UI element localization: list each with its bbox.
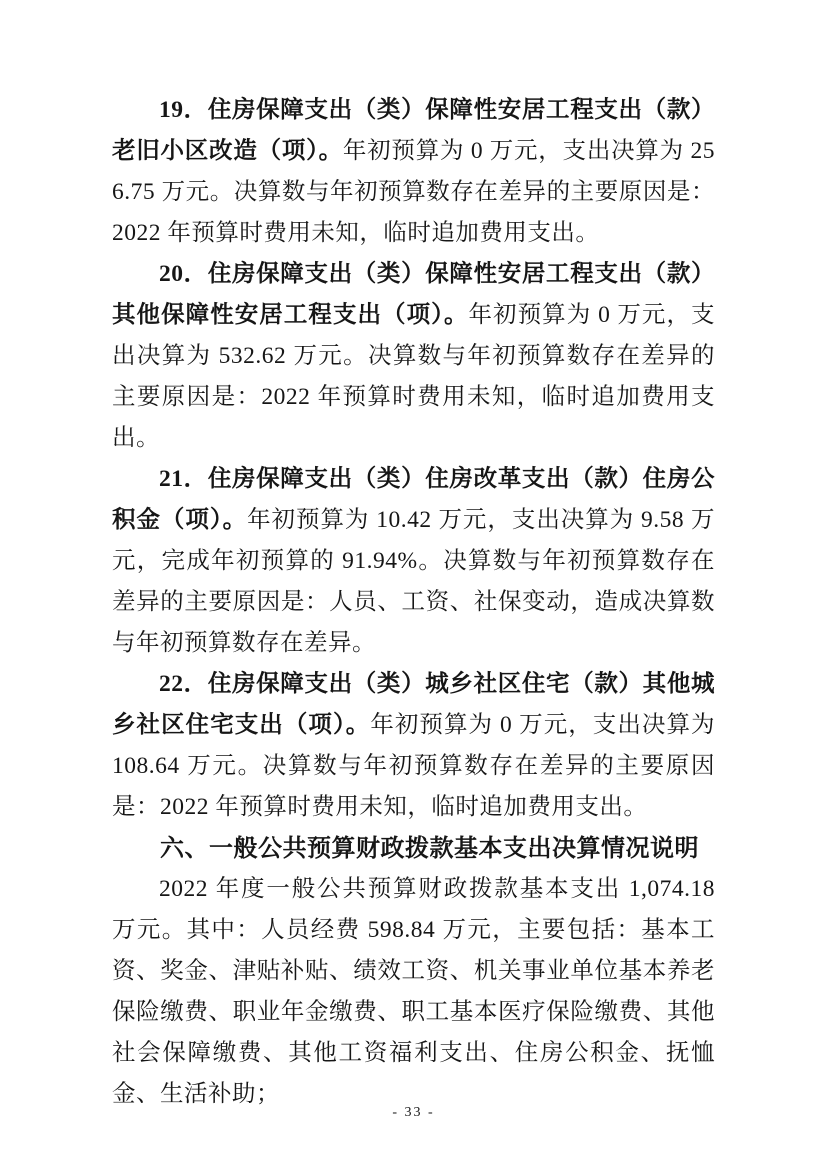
section-six-heading: 六、一般公共预算财政拨款基本支出决算情况说明 [112,828,715,869]
paragraph-19: 19．住房保障支出（类）保障性安居工程支出（款）老旧小区改造（项）。年初预算为 … [112,90,715,254]
section-six-body-text: 2022 年度一般公共预算财政拨款基本支出 1,074.18 万元。其中：人员经… [112,876,715,1107]
page-content: 19．住房保障支出（类）保障性安居工程支出（款）老旧小区改造（项）。年初预算为 … [112,90,715,1115]
section-six-body: 2022 年度一般公共预算财政拨款基本支出 1,074.18 万元。其中：人员经… [112,869,715,1115]
paragraph-22: 22．住房保障支出（类）城乡社区住宅（款）其他城乡社区住宅支出（项）。年初预算为… [112,664,715,828]
document-page: 19．住房保障支出（类）保障性安居工程支出（款）老旧小区改造（项）。年初预算为 … [0,0,827,1169]
paragraph-21: 21．住房保障支出（类）住房改革支出（款）住房公积金（项）。年初预算为 10.4… [112,459,715,664]
paragraph-20: 20．住房保障支出（类）保障性安居工程支出（款）其他保障性安居工程支出（项）。年… [112,254,715,459]
page-number: - 33 - [0,1105,827,1121]
